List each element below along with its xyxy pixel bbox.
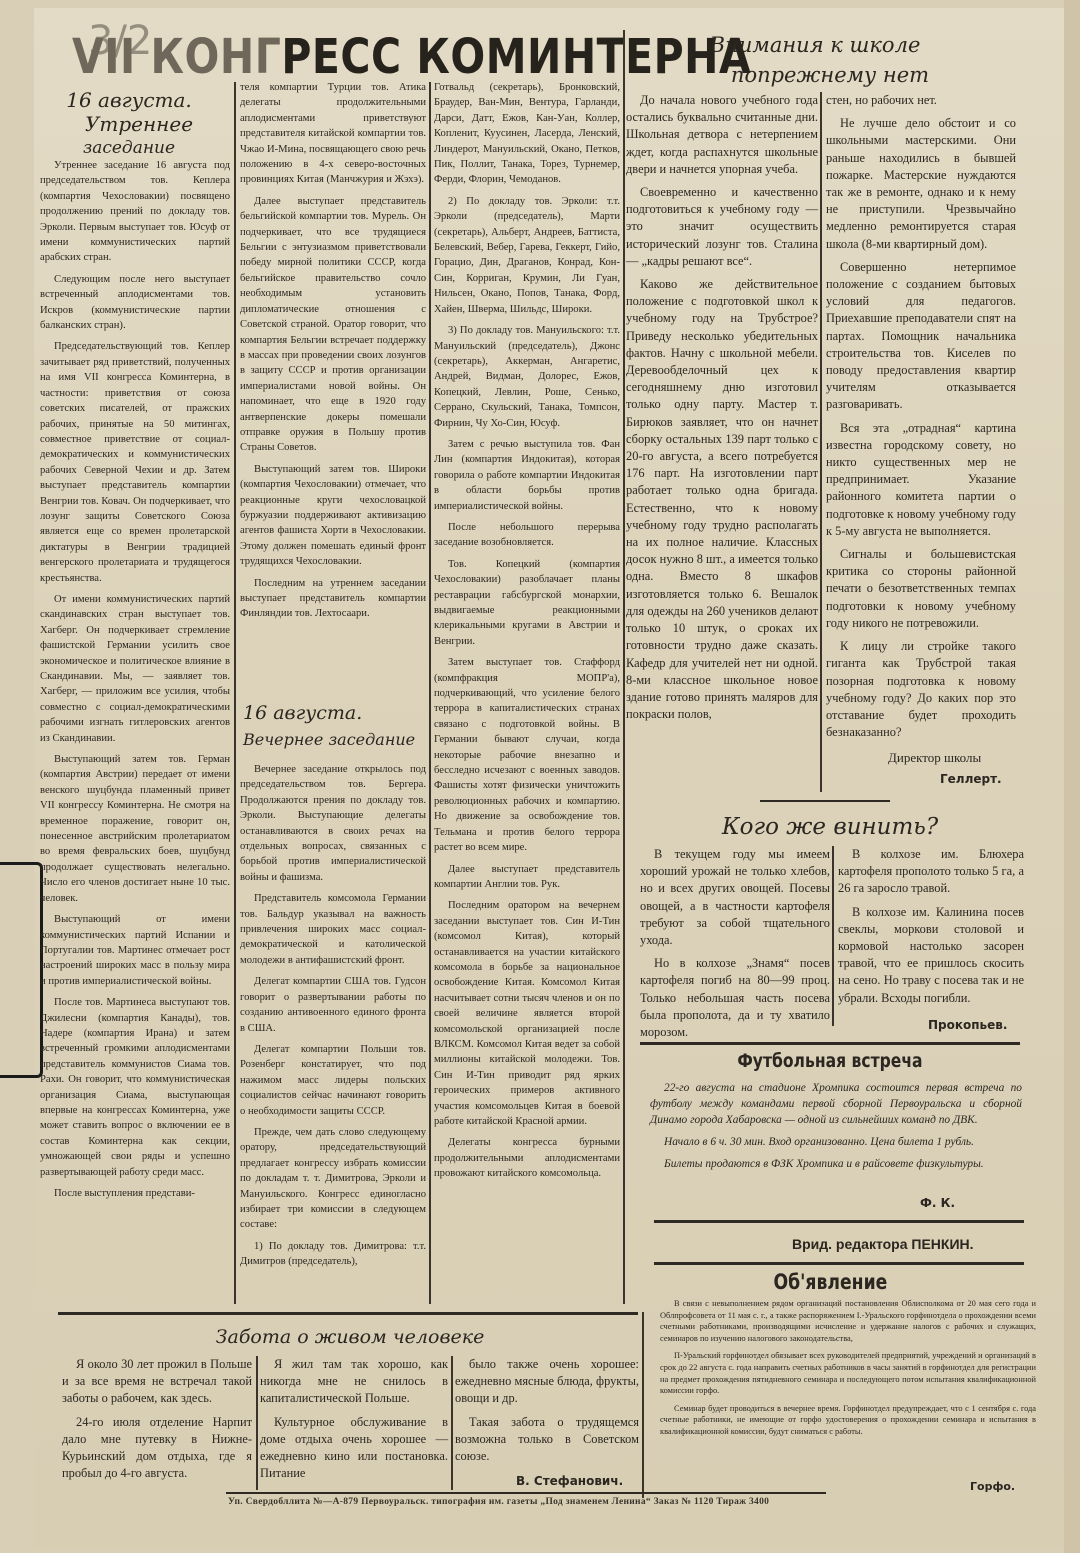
divider xyxy=(58,1312,638,1315)
paragraph: Я жил там так хорошо, как никогда мне не… xyxy=(260,1356,448,1408)
title-line: Внимания к школе xyxy=(640,30,990,60)
football-title: Футбольная встреча xyxy=(640,1050,1020,1073)
paragraph: Своевременно и качественно подготовиться… xyxy=(626,184,818,270)
paragraph: Представитель комсомола Германии тов. Ба… xyxy=(240,891,426,968)
congress-column-3: Готвальд (секретарь), Бронковский, Брауд… xyxy=(434,80,620,1188)
paragraph: Делегат компартии США тов. Гудсон говори… xyxy=(240,974,426,1036)
paragraph: Совершенно нетерпимое положение с создан… xyxy=(826,259,1016,414)
column-rule xyxy=(820,92,822,792)
school-signature-name: Геллерт. xyxy=(940,772,1002,786)
blame-article-title: Кого же винить? xyxy=(660,814,1000,840)
care-column-c: было также очень хорошее: ежедневно мясн… xyxy=(455,1356,639,1471)
paragraph: Далее выступает представитель бельгийско… xyxy=(240,194,426,456)
evening-session-heading: 16 августа. Вечернее заседание xyxy=(243,702,433,749)
morning-session-heading: 16 августа. Утреннее заседание xyxy=(56,88,202,160)
paragraph: Далее выступает представитель компартии … xyxy=(434,862,620,893)
heading-morning: Утреннее xyxy=(56,112,202,136)
congress-column-2: теля компартии Турции тов. Атика делегат… xyxy=(240,80,426,628)
paragraph: В колхозе им. Калинина посев свеклы, мор… xyxy=(838,904,1024,1007)
editor-line: Врид. редактора ПЕНКИН. xyxy=(792,1236,974,1252)
heading-date: 16 августа. xyxy=(56,88,202,112)
paragraph: Культурное обслуживание в доме отдыха оч… xyxy=(260,1414,448,1483)
column-rule xyxy=(642,1312,644,1498)
school-signature-role: Директор школы xyxy=(888,750,981,766)
football-signature: Ф. К. xyxy=(920,1196,955,1210)
school-column-a: До начала нового учебного года остались … xyxy=(626,92,818,729)
paragraph: В связи с невыполнением рядом организаци… xyxy=(660,1298,1036,1344)
paragraph: Выступающий от имени коммунистических па… xyxy=(40,912,230,989)
paragraph: В колхозе им. Блюхера картофеля прополот… xyxy=(838,846,1024,898)
announcement-title: Об'явление xyxy=(640,1270,1020,1295)
column-rule xyxy=(832,846,834,1026)
paragraph: Последним на утреннем заседании выступае… xyxy=(240,576,426,622)
printing-imprint: Уп. Свердобллита №—А-879 Первоуральск. т… xyxy=(228,1497,769,1507)
heading-session: заседание xyxy=(56,136,202,160)
paragraph: Председательствующий тов. Кеплер зачитыв… xyxy=(40,339,230,586)
paragraph: Утреннее заседание 16 августа под предсе… xyxy=(40,158,230,266)
page-edge xyxy=(1064,0,1080,1553)
announcement-signature: Горфо. xyxy=(970,1480,1015,1493)
paragraph: Сигналы и большевистская критика со стор… xyxy=(826,546,1016,632)
paragraph: 22-го августа на стадионе Хромпика состо… xyxy=(650,1080,1022,1128)
paragraph: К лицу ли стройке такого гиганта как Тру… xyxy=(826,638,1016,741)
paragraph: Готвальд (секретарь), Бронковский, Брауд… xyxy=(434,80,620,188)
paragraph: Выступающий затем тов. Широки (компартия… xyxy=(240,462,426,570)
school-column-b: стен, но рабочих нет.Не лучше дело обсто… xyxy=(826,92,1016,747)
school-article-title: Внимания к школе попрежнему нет xyxy=(640,30,990,90)
paragraph: теля компартии Турции тов. Атика делегат… xyxy=(240,80,426,188)
paragraph: После выступления представи- xyxy=(40,1186,230,1201)
paragraph: От имени коммунистических партий скандин… xyxy=(40,592,230,746)
divider xyxy=(654,1220,1024,1223)
heading-date: 16 августа. xyxy=(243,702,433,724)
divider xyxy=(654,1262,1024,1265)
paragraph: Каково же действительное положение с под… xyxy=(626,276,818,723)
paragraph: Билеты продаются в ФЗК Хромпика и в райс… xyxy=(650,1156,1022,1172)
headline-faded-part: VII КОНГ xyxy=(72,28,281,85)
paragraph: 3) По докладу тов. Мануильского: т.т. Ма… xyxy=(434,323,620,431)
announcement-title-text: Об'явление xyxy=(773,1270,887,1294)
column-rule xyxy=(256,1356,258,1490)
title-line: попрежнему нет xyxy=(640,60,990,90)
paragraph: Выступающий затем тов. Герман (компартия… xyxy=(40,752,230,906)
paragraph: Прежде, чем дать слово следующему оратор… xyxy=(240,1125,426,1233)
paragraph: Но в колхозе „Знамя“ посев картофеля пог… xyxy=(640,955,830,1041)
congress-column-1: Утреннее заседание 16 августа под предсе… xyxy=(40,158,230,1207)
column-rule xyxy=(429,82,431,1304)
paragraph: Начало в 6 ч. 30 мин. Вход организованно… xyxy=(650,1134,1022,1150)
paragraph: Тов. Копецкий (компартия Чехословакии) р… xyxy=(434,557,620,649)
paragraph: После небольшого перерыва заседание возо… xyxy=(434,520,620,551)
footer-rule xyxy=(226,1492,826,1494)
paragraph: стен, но рабочих нет. xyxy=(826,92,1016,109)
congress-column-2-evening: Вечернее заседание открылось под председ… xyxy=(240,762,426,1276)
paragraph: Вечернее заседание открылось под председ… xyxy=(240,762,426,885)
care-signature: В. Стефанович. xyxy=(516,1474,623,1488)
paragraph: Не лучше дело обстоит и со школьными мас… xyxy=(826,115,1016,253)
paragraph: Последним оратором на вечернем заседании… xyxy=(434,898,620,1129)
blame-signature: Прокопьев. xyxy=(928,1018,1007,1032)
column-rule xyxy=(451,1356,453,1490)
announcement-body: В связи с невыполнением рядом организаци… xyxy=(660,1298,1036,1444)
paragraph: Такая забота о трудящемся возможна тольк… xyxy=(455,1414,639,1466)
blame-column-a: В текущем году мы имеем хороший урожай н… xyxy=(640,846,830,1047)
divider xyxy=(640,1042,1020,1045)
paragraph: Делегаты конгресса бурными продолжительн… xyxy=(434,1135,620,1181)
pen-bracket-mark xyxy=(0,862,43,1078)
divider xyxy=(760,800,890,802)
paragraph: После тов. Мартинеса выступают тов. Джил… xyxy=(40,995,230,1180)
paragraph: 2) По докладу тов. Эрколи: т.т. Эрколи (… xyxy=(434,194,620,317)
paragraph: Семинар будет проводиться в вечернее вре… xyxy=(660,1403,1036,1438)
paragraph: было также очень хорошее: ежедневно мясн… xyxy=(455,1356,639,1408)
paragraph: Затем с речью выступила тов. Фан Лин (ко… xyxy=(434,437,620,514)
paragraph: Вся эта „отрадная“ картина известна горо… xyxy=(826,420,1016,540)
paragraph: Затем выступает тов. Стаффорд (компфракц… xyxy=(434,655,620,855)
care-column-b: Я жил там так хорошо, как никогда мне не… xyxy=(260,1356,448,1488)
paragraph: Следующим после него выступает встреченн… xyxy=(40,272,230,334)
heading-evening: Вечернее заседание xyxy=(243,730,433,749)
column-rule xyxy=(234,82,236,1304)
congress-headline: VII КОНГРЕСС КОМИНТЕРНА xyxy=(72,28,592,85)
column-rule xyxy=(623,30,625,1304)
paragraph: Я около 30 лет прожил в Польше и за все … xyxy=(62,1356,252,1408)
football-body: 22-го августа на стадионе Хромпика состо… xyxy=(650,1080,1022,1178)
blame-column-b: В колхозе им. Блюхера картофеля прополот… xyxy=(838,846,1024,1013)
care-column-a: Я около 30 лет прожил в Польше и за все … xyxy=(62,1356,252,1488)
paragraph: П-Уральский горфинотдел обязывает всех р… xyxy=(660,1350,1036,1396)
paragraph: В текущем году мы имеем хороший урожай н… xyxy=(640,846,830,949)
paragraph: 24-го июля отделение Нарпит дало мне пут… xyxy=(62,1414,252,1483)
care-article-title: Забота о живом человеке xyxy=(160,1326,540,1348)
football-title-text: Футбольная встреча xyxy=(737,1050,922,1072)
paragraph: Делегат компартии Польши тов. Розенберг … xyxy=(240,1042,426,1119)
paragraph: До начала нового учебного года остались … xyxy=(626,92,818,178)
paragraph: 1) По докладу тов. Димитрова: т.т. Димит… xyxy=(240,1239,426,1270)
